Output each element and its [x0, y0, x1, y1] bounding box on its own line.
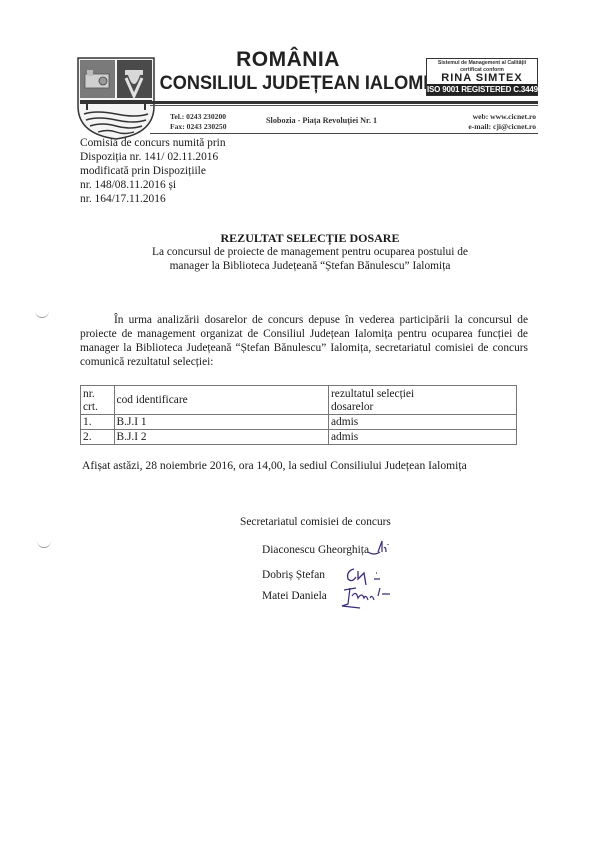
table-row: 2. B.J.I 2 admis: [81, 430, 517, 445]
member-name: Dobriș Ștefan: [262, 569, 325, 581]
county-coat-of-arms: [76, 56, 156, 140]
cert-registration: ISO 9001 REGISTERED C.3449.1: [427, 84, 537, 95]
fax-number: Fax: 0243 230250: [170, 122, 227, 132]
signature-1: [366, 538, 392, 558]
cert-line-1: Sistemul de Management al Calității: [427, 59, 537, 66]
address: Slobozia - Piața Revoluției Nr. 1: [266, 116, 377, 125]
cell-code: B.J.I 2: [114, 430, 328, 445]
cell-nr: 1.: [81, 415, 115, 430]
member-name: Matei Daniela: [262, 590, 327, 602]
header-result-line-1: rezultatul selecției: [331, 388, 514, 401]
commission-line: Comisia de concurs numită prin: [80, 136, 226, 150]
header-nr-line-2: crt.: [83, 401, 112, 414]
posting-notice: Afișat astăzi, 28 noiembrie 2016, ora 14…: [82, 459, 467, 472]
document-subtitle: La concursul de proiecte de management p…: [110, 245, 510, 273]
header-nr-line-1: nr.: [83, 388, 112, 401]
punch-hole-mark: [35, 310, 49, 318]
header-nr: nr. crt.: [81, 386, 115, 415]
member-name: Diaconescu Gheorghița: [262, 544, 369, 556]
header-result-line-2: dosarelor: [331, 401, 514, 414]
website: web: www.cicnet.ro: [420, 112, 536, 122]
table-row: 1. B.J.I 1 admis: [81, 415, 517, 430]
commission-line: nr. 164/17.11.2016: [80, 192, 226, 206]
cert-brand: RINA SIMTEX: [427, 73, 537, 84]
commission-line: Dispoziția nr. 141/ 02.11.2016: [80, 150, 226, 164]
table-header-row: nr. crt. cod identificare rezultatul sel…: [81, 386, 517, 415]
phone-number: Tel.: 0243 230200: [170, 112, 227, 122]
cell-nr: 2.: [81, 430, 115, 445]
country-heading: ROMÂNIA: [150, 48, 426, 72]
letterhead-rule-bottom: [150, 133, 538, 134]
document-title: REZULTAT SELECȚIE DOSARE: [130, 231, 490, 246]
header-code: cod identificare: [114, 386, 328, 415]
header-result: rezultatul selecției dosarelor: [328, 386, 516, 415]
signature-3: [340, 584, 392, 610]
letterhead-rule-top: [150, 101, 538, 104]
institution-heading: CONSILIUL JUDEȚEAN IALOMIȚA: [160, 72, 417, 95]
letterhead-rule-top-thin: [150, 105, 538, 106]
secretariat-heading: Secretariatul comisiei de concurs: [240, 516, 391, 528]
phone-block: Tel.: 0243 230200 Fax: 0243 230250: [170, 112, 227, 131]
cell-code: B.J.I 1: [114, 415, 328, 430]
punch-hole-mark: [37, 540, 51, 548]
web-email-block: web: www.cicnet.ro e-mail: cji@cicnet.ro: [420, 112, 536, 131]
cell-result: admis: [328, 415, 516, 430]
quality-certification-badge: Sistemul de Management al Calității cert…: [426, 58, 538, 96]
cell-result: admis: [328, 430, 516, 445]
body-paragraph: În urma analizării dosarelor de concurs …: [80, 313, 528, 369]
email: e-mail: cji@cicnet.ro: [420, 122, 536, 132]
subtitle-line-2: manager la Biblioteca Județeană “Ștefan …: [110, 259, 510, 273]
subtitle-line-1: La concursul de proiecte de management p…: [110, 245, 510, 259]
commission-line: nr. 148/08.11.2016 și: [80, 178, 226, 192]
commission-reference: Comisia de concurs numită prin Dispoziți…: [80, 136, 226, 206]
selection-results-table: nr. crt. cod identificare rezultatul sel…: [80, 385, 517, 445]
commission-line: modificată prin Dispozițiile: [80, 164, 226, 178]
